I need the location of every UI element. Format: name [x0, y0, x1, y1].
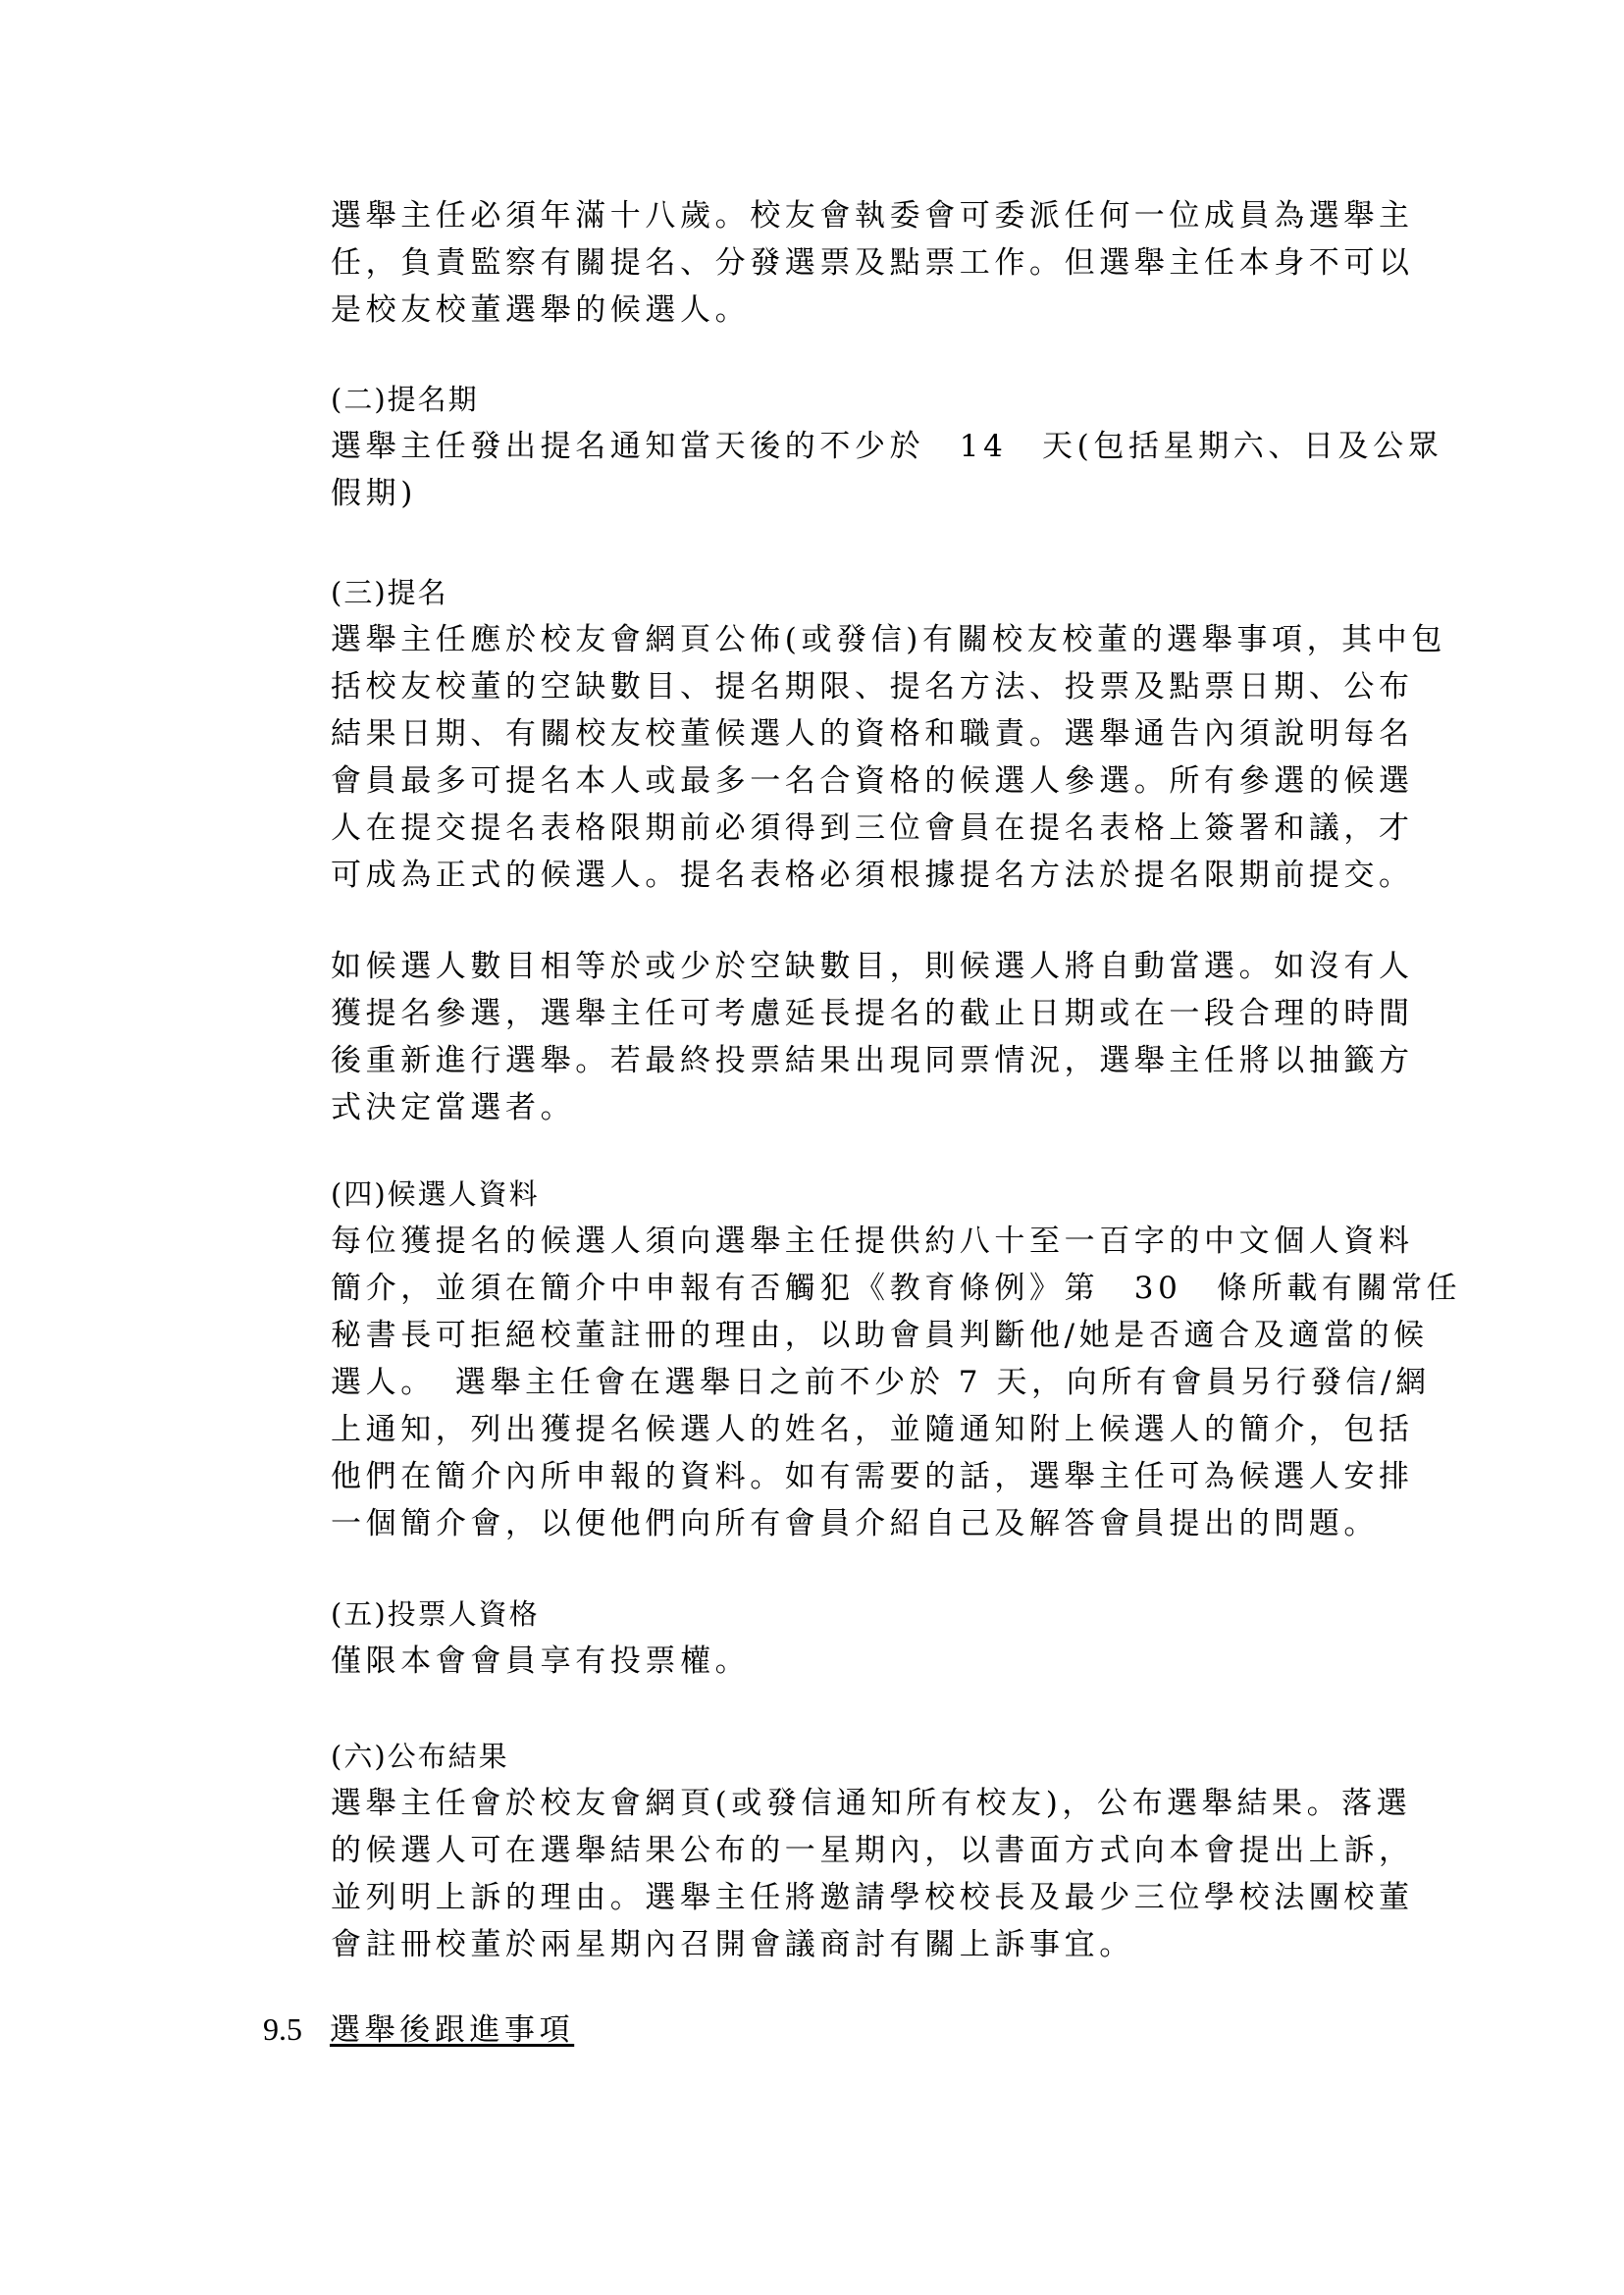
subsection-heading-nomination-period: (二)提名期 — [331, 376, 479, 423]
paragraph-line: 括校友校董的空缺數目、提名期限、提名方法、投票及點票日期、公布 — [331, 663, 1361, 710]
paragraph-line: 任，負責監察有關提名、分發選票及點票工作。但選舉主任本身不可以 — [331, 239, 1361, 287]
paragraph-line: 結果日期、有關校友校董候選人的資格和職責。選舉通告內須說明每名 — [331, 710, 1361, 757]
paragraph-line: 後重新進行選舉。若最終投票結果出現同票情況，選舉主任將以抽籤方 — [331, 1037, 1361, 1084]
subsection-heading-nomination: (三)提名 — [331, 569, 448, 616]
paragraph-line: 上通知，列出獲提名候選人的姓名，並隨通知附上候選人的簡介，包括 — [331, 1406, 1361, 1453]
paragraph-line: 假期) — [331, 470, 1361, 517]
paragraph-line: 的候選人可在選舉結果公布的一星期內，以書面方式向本會提出上訴， — [331, 1827, 1361, 1874]
paragraph-line: 會註冊校董於兩星期內召開會議商討有關上訴事宜。 — [331, 1921, 1361, 1968]
subsection-heading-candidate-info: (四)候選人資料 — [331, 1171, 540, 1218]
paragraph-line: 可成為正式的候選人。提名表格必須根據提名方法於提名限期前提交。 — [331, 852, 1361, 899]
paragraph-line: 式決定當選者。 — [331, 1084, 1361, 1131]
paragraph-line: 秘書長可拒絕校董註冊的理由，以助會員判斷他/她是否適合及適當的候 — [331, 1312, 1361, 1359]
paragraph-line: 選舉主任會於校友會網頁(或發信通知所有校友)，公布選舉結果。落選 — [331, 1780, 1361, 1827]
paragraph-line: 一個簡介會，以便他們向所有會員介紹自己及解答會員提出的問題。 — [331, 1500, 1361, 1547]
paragraph-line: 並列明上訴的理由。選舉主任將邀請學校校長及最少三位學校法團校董 — [331, 1874, 1361, 1921]
paragraph-line: 人在提交提名表格限期前必須得到三位會員在提名表格上簽署和議，才 — [331, 805, 1361, 852]
paragraph-line: 簡介，並須在簡介中申報有否觸犯《教育條例》第 30 條所載有關常任 — [331, 1265, 1361, 1312]
paragraph-line: 會員最多可提名本人或最多一名合資格的候選人參選。所有參選的候選 — [331, 757, 1361, 805]
paragraph-line: 選人。 選舉主任會在選舉日之前不少於 7 天，向所有會員另行發信/網 — [331, 1359, 1361, 1406]
paragraph-line: 僅限本會會員享有投票權。 — [331, 1638, 1361, 1685]
section-heading-9-5: 9.5選舉後跟進事項 — [263, 2009, 574, 2049]
paragraph-line: 是校友校董選舉的候選人。 — [331, 287, 1361, 334]
paragraph-line: 如候選人數目相等於或少於空缺數目，則候選人將自動當選。如沒有人 — [331, 943, 1361, 990]
paragraph-line: 每位獲提名的候選人須向選舉主任提供約八十至一百字的中文個人資料 — [331, 1218, 1361, 1265]
section-number: 9.5 — [263, 2009, 330, 2049]
paragraph-line: 選舉主任應於校友會網頁公佈(或發信)有關校友校董的選舉事項，其中包 — [331, 616, 1361, 663]
paragraph-line: 選舉主任發出提名通知當天後的不少於 14 天(包括星期六、日及公眾 — [331, 423, 1361, 470]
document-page: 選舉主任必須年滿十八歲。校友會執委會可委派任何一位成員為選舉主 任，負責監察有關… — [0, 0, 1624, 2295]
section-title: 選舉後跟進事項 — [330, 2012, 574, 2048]
paragraph-line: 他們在簡介內所申報的資料。如有需要的話，選舉主任可為候選人安排 — [331, 1453, 1361, 1500]
subsection-heading-announce-results: (六)公布結果 — [331, 1733, 509, 1780]
paragraph-line: 獲提名參選，選舉主任可考慮延長提名的截止日期或在一段合理的時間 — [331, 990, 1361, 1037]
subsection-heading-voter-eligibility: (五)投票人資格 — [331, 1591, 540, 1638]
paragraph-line: 選舉主任必須年滿十八歲。校友會執委會可委派任何一位成員為選舉主 — [331, 192, 1361, 239]
